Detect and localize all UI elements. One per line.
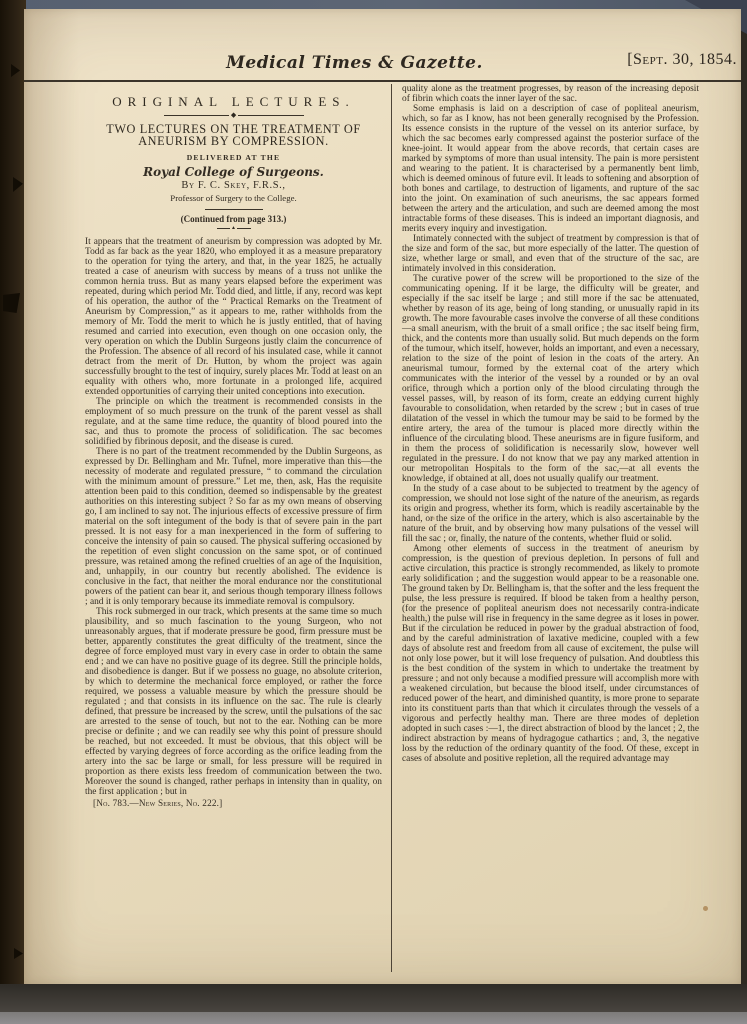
diamond-rule-ornament: ◆: [164, 112, 304, 118]
left-column: ORIGINAL LECTURES. ◆ TWO LECTURES ON THE…: [85, 84, 392, 972]
ornament-bar: [164, 115, 229, 116]
ornament-bar: [217, 228, 231, 229]
table-surface: [0, 1012, 747, 1024]
institution-name: Royal College of Surgeons.: [85, 167, 382, 177]
masthead-date: [Sept. 30, 1854.: [627, 51, 737, 69]
ornament-bar: [238, 115, 303, 116]
delivered-at-label: DELIVERED AT THE: [85, 153, 382, 163]
two-column-body: ORIGINAL LECTURES. ◆ TWO LECTURES ON THE…: [24, 80, 741, 972]
issue-number-footnote: [No. 783.—New Series, No. 222.]: [85, 798, 382, 808]
continuation-note: (Continued from page 313.): [85, 214, 382, 224]
small-ornament: ▲: [217, 226, 251, 231]
body-paragraph: It appears that the treatment of aneuris…: [85, 237, 382, 397]
body-paragraph: The principle on which the treatment is …: [85, 397, 382, 447]
author-title: Professor of Surgery to the College.: [85, 193, 382, 203]
masthead-title: Medical Times & Gazette.: [24, 53, 685, 73]
separator-rule: [205, 209, 263, 210]
body-paragraph: Intimately connected with the subject of…: [402, 234, 699, 274]
body-paragraph: This rock submerged in our track, which …: [85, 607, 382, 797]
diamond-icon: ◆: [229, 112, 238, 118]
body-paragraph: quality alone as the treatment progresse…: [402, 84, 699, 104]
masthead-rule: [24, 80, 741, 82]
body-paragraph: Among other elements of success in the t…: [402, 544, 699, 764]
ornament-bar: [237, 228, 251, 229]
body-paragraph: There is no part of the treatment recomm…: [85, 447, 382, 607]
section-heading: ORIGINAL LECTURES.: [85, 97, 382, 107]
scanned-journal-photo: { "masthead": { "title": "Medical Times …: [0, 0, 747, 1024]
body-paragraph: The curative power of the screw will be …: [402, 274, 699, 484]
masthead: Medical Times & Gazette. [Sept. 30, 1854…: [24, 9, 741, 80]
journal-page: Medical Times & Gazette. [Sept. 30, 1854…: [24, 9, 741, 985]
body-paragraph: In the study of a case about to be subje…: [402, 484, 699, 544]
body-paragraph: Some emphasis is laid on a description o…: [402, 104, 699, 234]
book-bottom-edge: [0, 984, 747, 1012]
book-binding-edge: [0, 0, 26, 1024]
book-top-edge: [0, 0, 747, 9]
author-byline: By F. C. Skey, F.R.S.,: [85, 181, 382, 191]
article-title-line2: ANEURISM BY COMPRESSION.: [85, 136, 382, 146]
book-right-edge: [740, 0, 747, 1024]
diamond-icon: ▲: [230, 226, 237, 231]
right-column: quality alone as the treatment progresse…: [392, 84, 699, 972]
article-title-line1: TWO LECTURES ON THE TREATMENT OF: [85, 124, 382, 134]
